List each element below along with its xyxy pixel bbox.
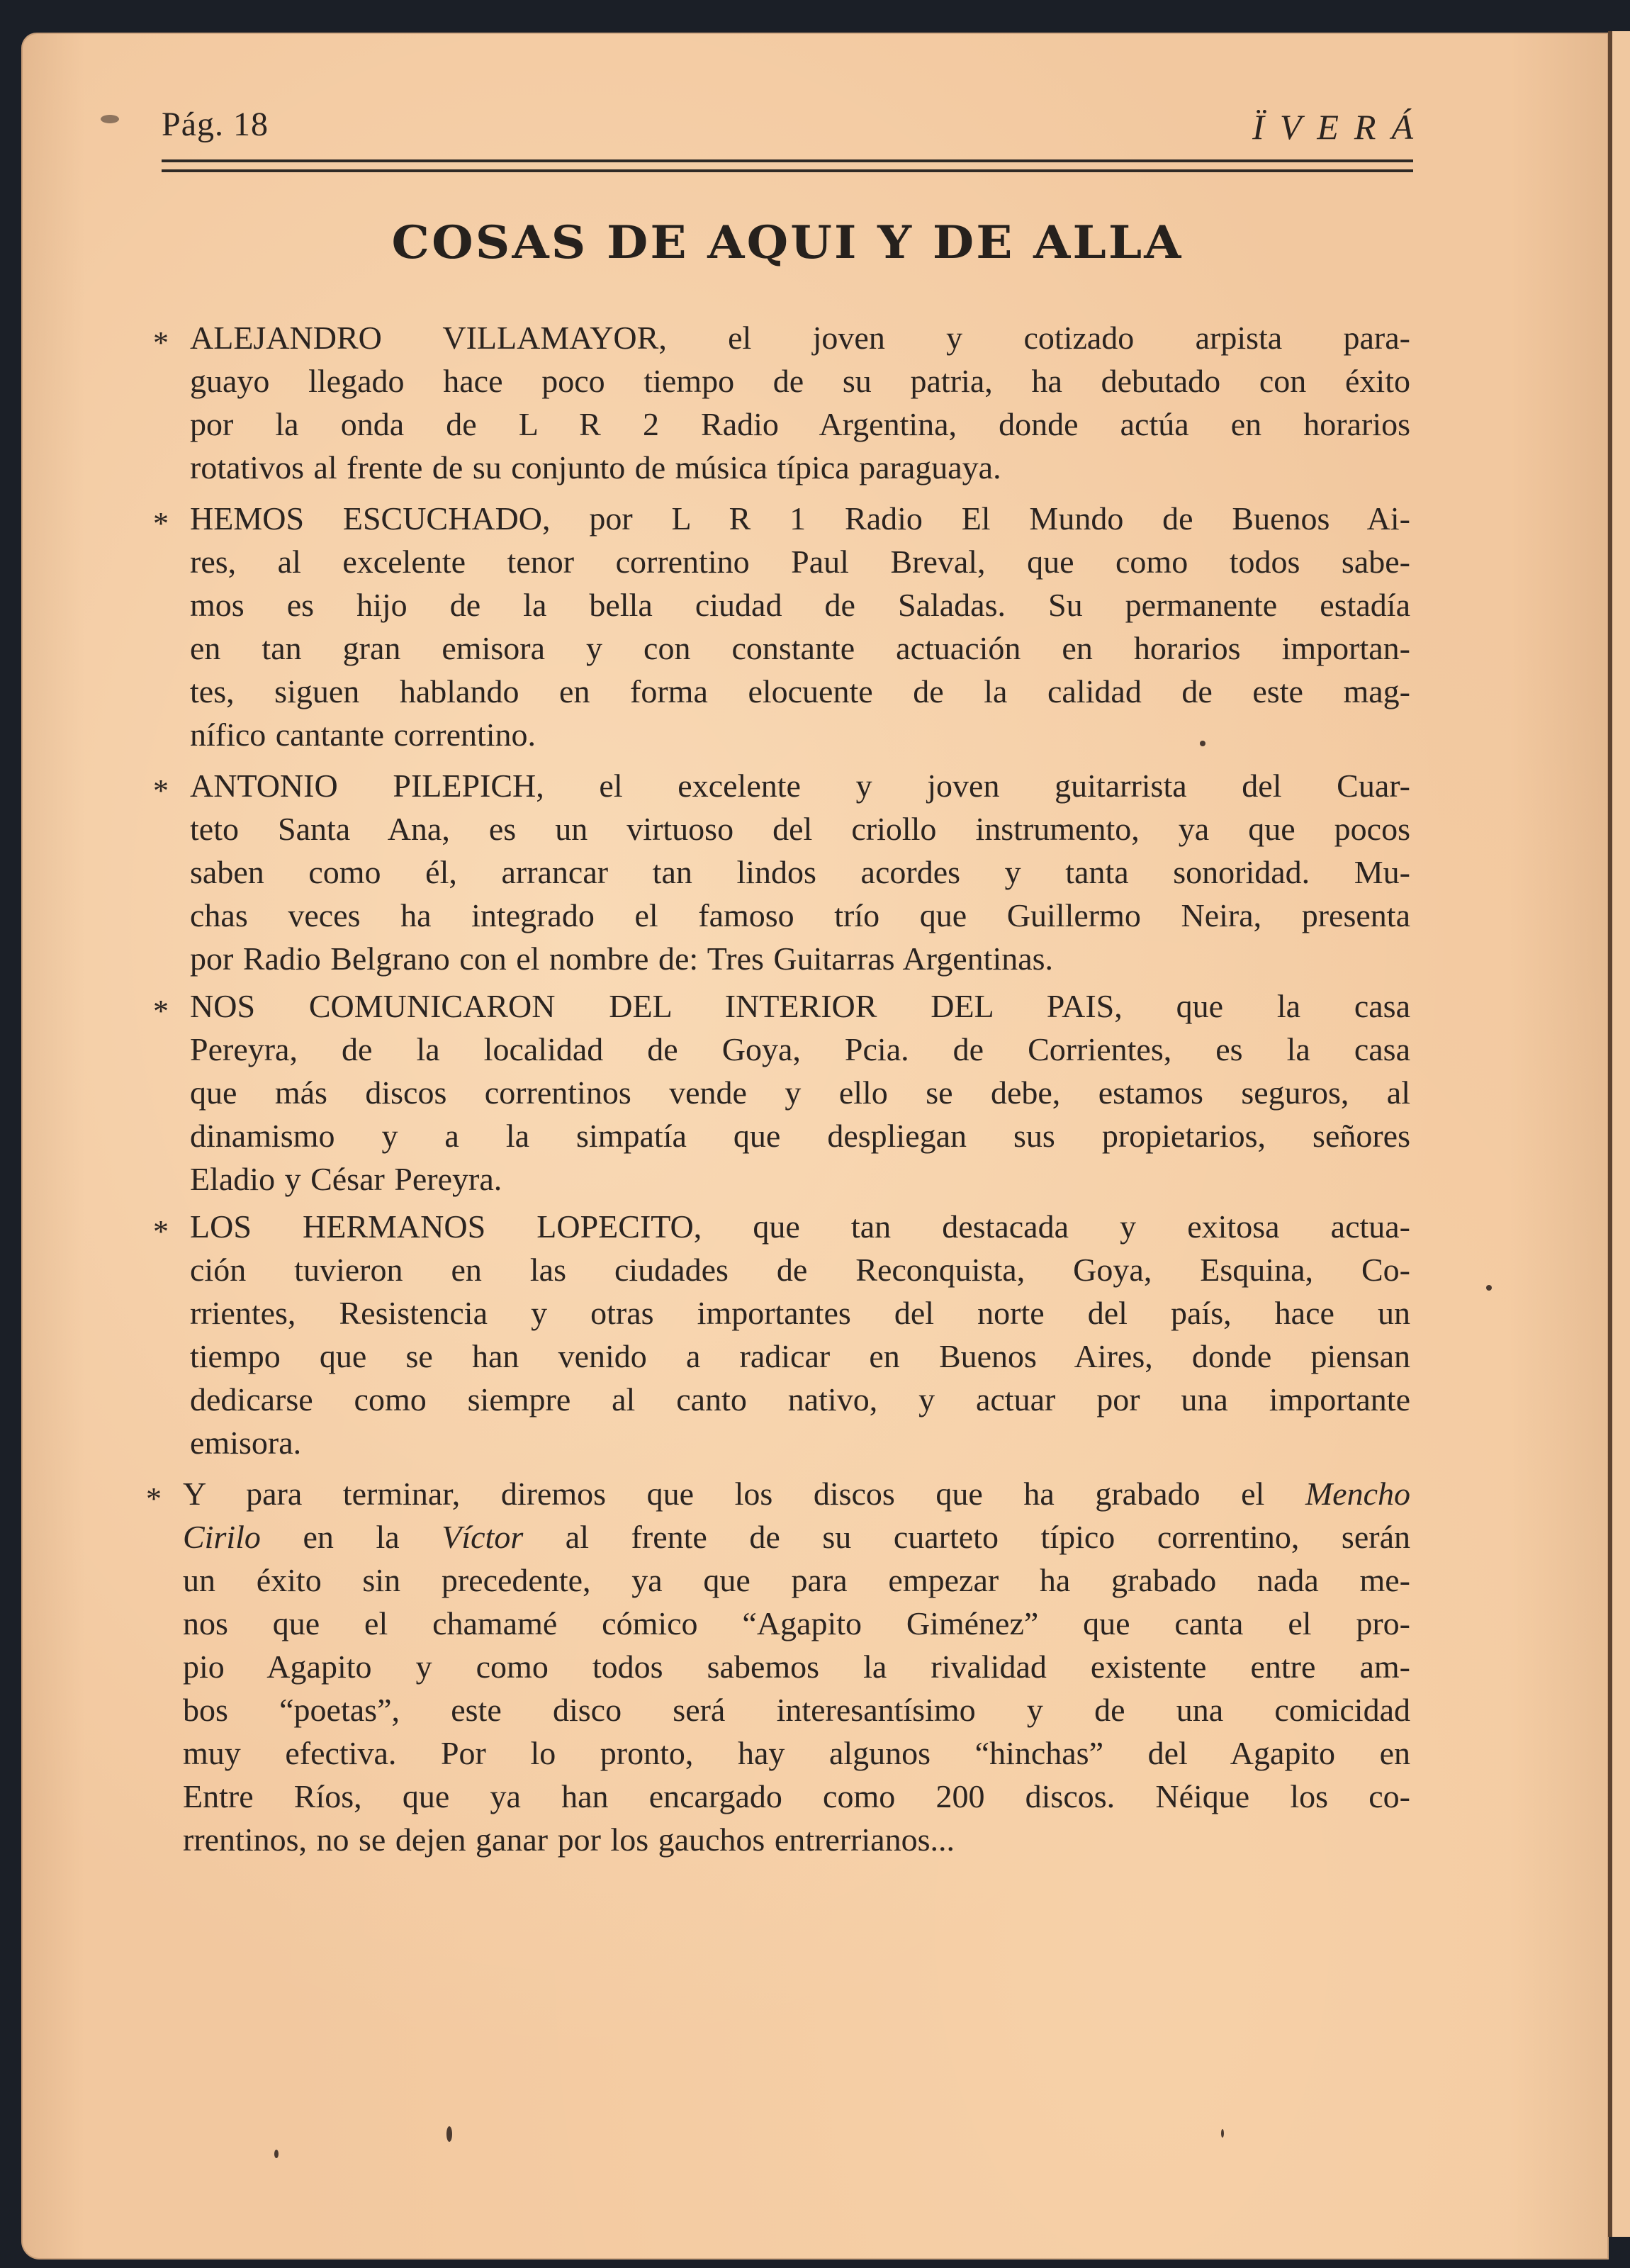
article-line: dedicarse como siempre al canto nativo, … xyxy=(190,1379,1410,1420)
asterisk-bullet-icon: * xyxy=(153,775,169,807)
article-line: HEMOS ESCUCHADO, por L R 1 Radio El Mund… xyxy=(190,498,1410,539)
paper-speck xyxy=(274,2150,279,2158)
asterisk-bullet-icon: * xyxy=(153,508,169,539)
article-line: NOS COMUNICARON DEL INTERIOR DEL PAIS, q… xyxy=(190,986,1410,1027)
asterisk-bullet-icon: * xyxy=(146,1483,162,1515)
article-line: chas veces ha integrado el famoso trío q… xyxy=(190,895,1410,936)
article-line: rrentinos, no se dejen ganar por los gau… xyxy=(183,1819,1410,1860)
article-line: ción tuvieron en las ciudades de Reconqu… xyxy=(190,1250,1410,1291)
italic-phrase: Mencho xyxy=(1305,1476,1410,1512)
article-line: que más discos correntinos vende y ello … xyxy=(190,1072,1410,1113)
article-line: LOS HERMANOS LOPECITO, que tan destacada… xyxy=(190,1206,1410,1247)
article-line: tes, siguen hablando en forma elocuente … xyxy=(190,671,1410,712)
article-line: dinamismo y a la simpatía que despliegan… xyxy=(190,1116,1410,1157)
article-line: Eladio y César Pereyra. xyxy=(190,1159,1410,1200)
article-line: ALEJANDRO VILLAMAYOR, el joven y cotizad… xyxy=(190,318,1410,359)
asterisk-bullet-icon: * xyxy=(153,996,169,1027)
article-line: saben como él, arrancar tan lindos acord… xyxy=(190,852,1410,893)
asterisk-bullet-icon: * xyxy=(153,327,169,359)
article-line: mos es hijo de la bella ciudad de Salada… xyxy=(190,585,1410,626)
article-line: nos que el chamamé cómico “Agapito Gimén… xyxy=(183,1603,1410,1644)
article-line: tiempo que se han venido a radicar en Bu… xyxy=(190,1336,1410,1377)
section-title: COSAS DE AQUI Y DE ALLA xyxy=(130,216,1444,269)
article-line: emisora. xyxy=(190,1422,1410,1464)
page-number: Pág. 18 xyxy=(162,105,269,144)
article-line: Y para terminar, diremos que los discos … xyxy=(183,1473,1410,1515)
article-line: Entre Ríos, que ya han encargado como 20… xyxy=(183,1776,1410,1817)
article-line: por la onda de L R 2 Radio Argentina, do… xyxy=(190,404,1410,445)
running-head: Pág. 18 ÏVERÁ xyxy=(162,105,1413,155)
article-line: rotativos al frente de su conjunto de mú… xyxy=(190,447,1410,488)
header-rule-bottom xyxy=(162,169,1413,172)
article-line: bos “poetas”, este disco será interesant… xyxy=(183,1690,1410,1731)
article-line: res, al excelente tenor correntino Paul … xyxy=(190,541,1410,583)
article-line: Cirilo en la Víctor al frente de su cuar… xyxy=(183,1517,1410,1558)
article-line: pio Agapito y como todos sabemos la riva… xyxy=(183,1646,1410,1688)
article-line: ANTONIO PILEPICH, el excelente y joven g… xyxy=(190,765,1410,807)
paper-speck xyxy=(446,2126,452,2142)
article-line: en tan gran emisora y con constante actu… xyxy=(190,628,1410,669)
italic-phrase: Víctor xyxy=(442,1519,523,1555)
article-line: muy efectiva. Por lo pronto, hay algunos… xyxy=(183,1733,1410,1774)
article-line: guayo llegado hace poco tiempo de su pat… xyxy=(190,361,1410,402)
article-line: teto Santa Ana, es un virtuoso del criol… xyxy=(190,809,1410,850)
magazine-title: ÏVERÁ xyxy=(1252,106,1429,147)
paper-speck xyxy=(101,115,119,123)
article-line: Pereyra, de la localidad de Goya, Pcia. … xyxy=(190,1029,1410,1070)
asterisk-bullet-icon: * xyxy=(153,1216,169,1247)
adjacent-page-edge xyxy=(1612,31,1630,2237)
article-line: nífico cantante correntino. xyxy=(190,714,1410,756)
italic-phrase: Cirilo xyxy=(183,1519,261,1555)
article-line: rrientes, Resistencia y otras importante… xyxy=(190,1293,1410,1334)
article-line: por Radio Belgrano con el nombre de: Tre… xyxy=(190,938,1410,979)
article-line: un éxito sin precedente, ya que para emp… xyxy=(183,1560,1410,1601)
paper-speck xyxy=(1486,1285,1492,1291)
paper-speck xyxy=(1200,741,1205,746)
header-rule-top xyxy=(162,159,1413,162)
paper-speck xyxy=(1221,2129,1224,2138)
